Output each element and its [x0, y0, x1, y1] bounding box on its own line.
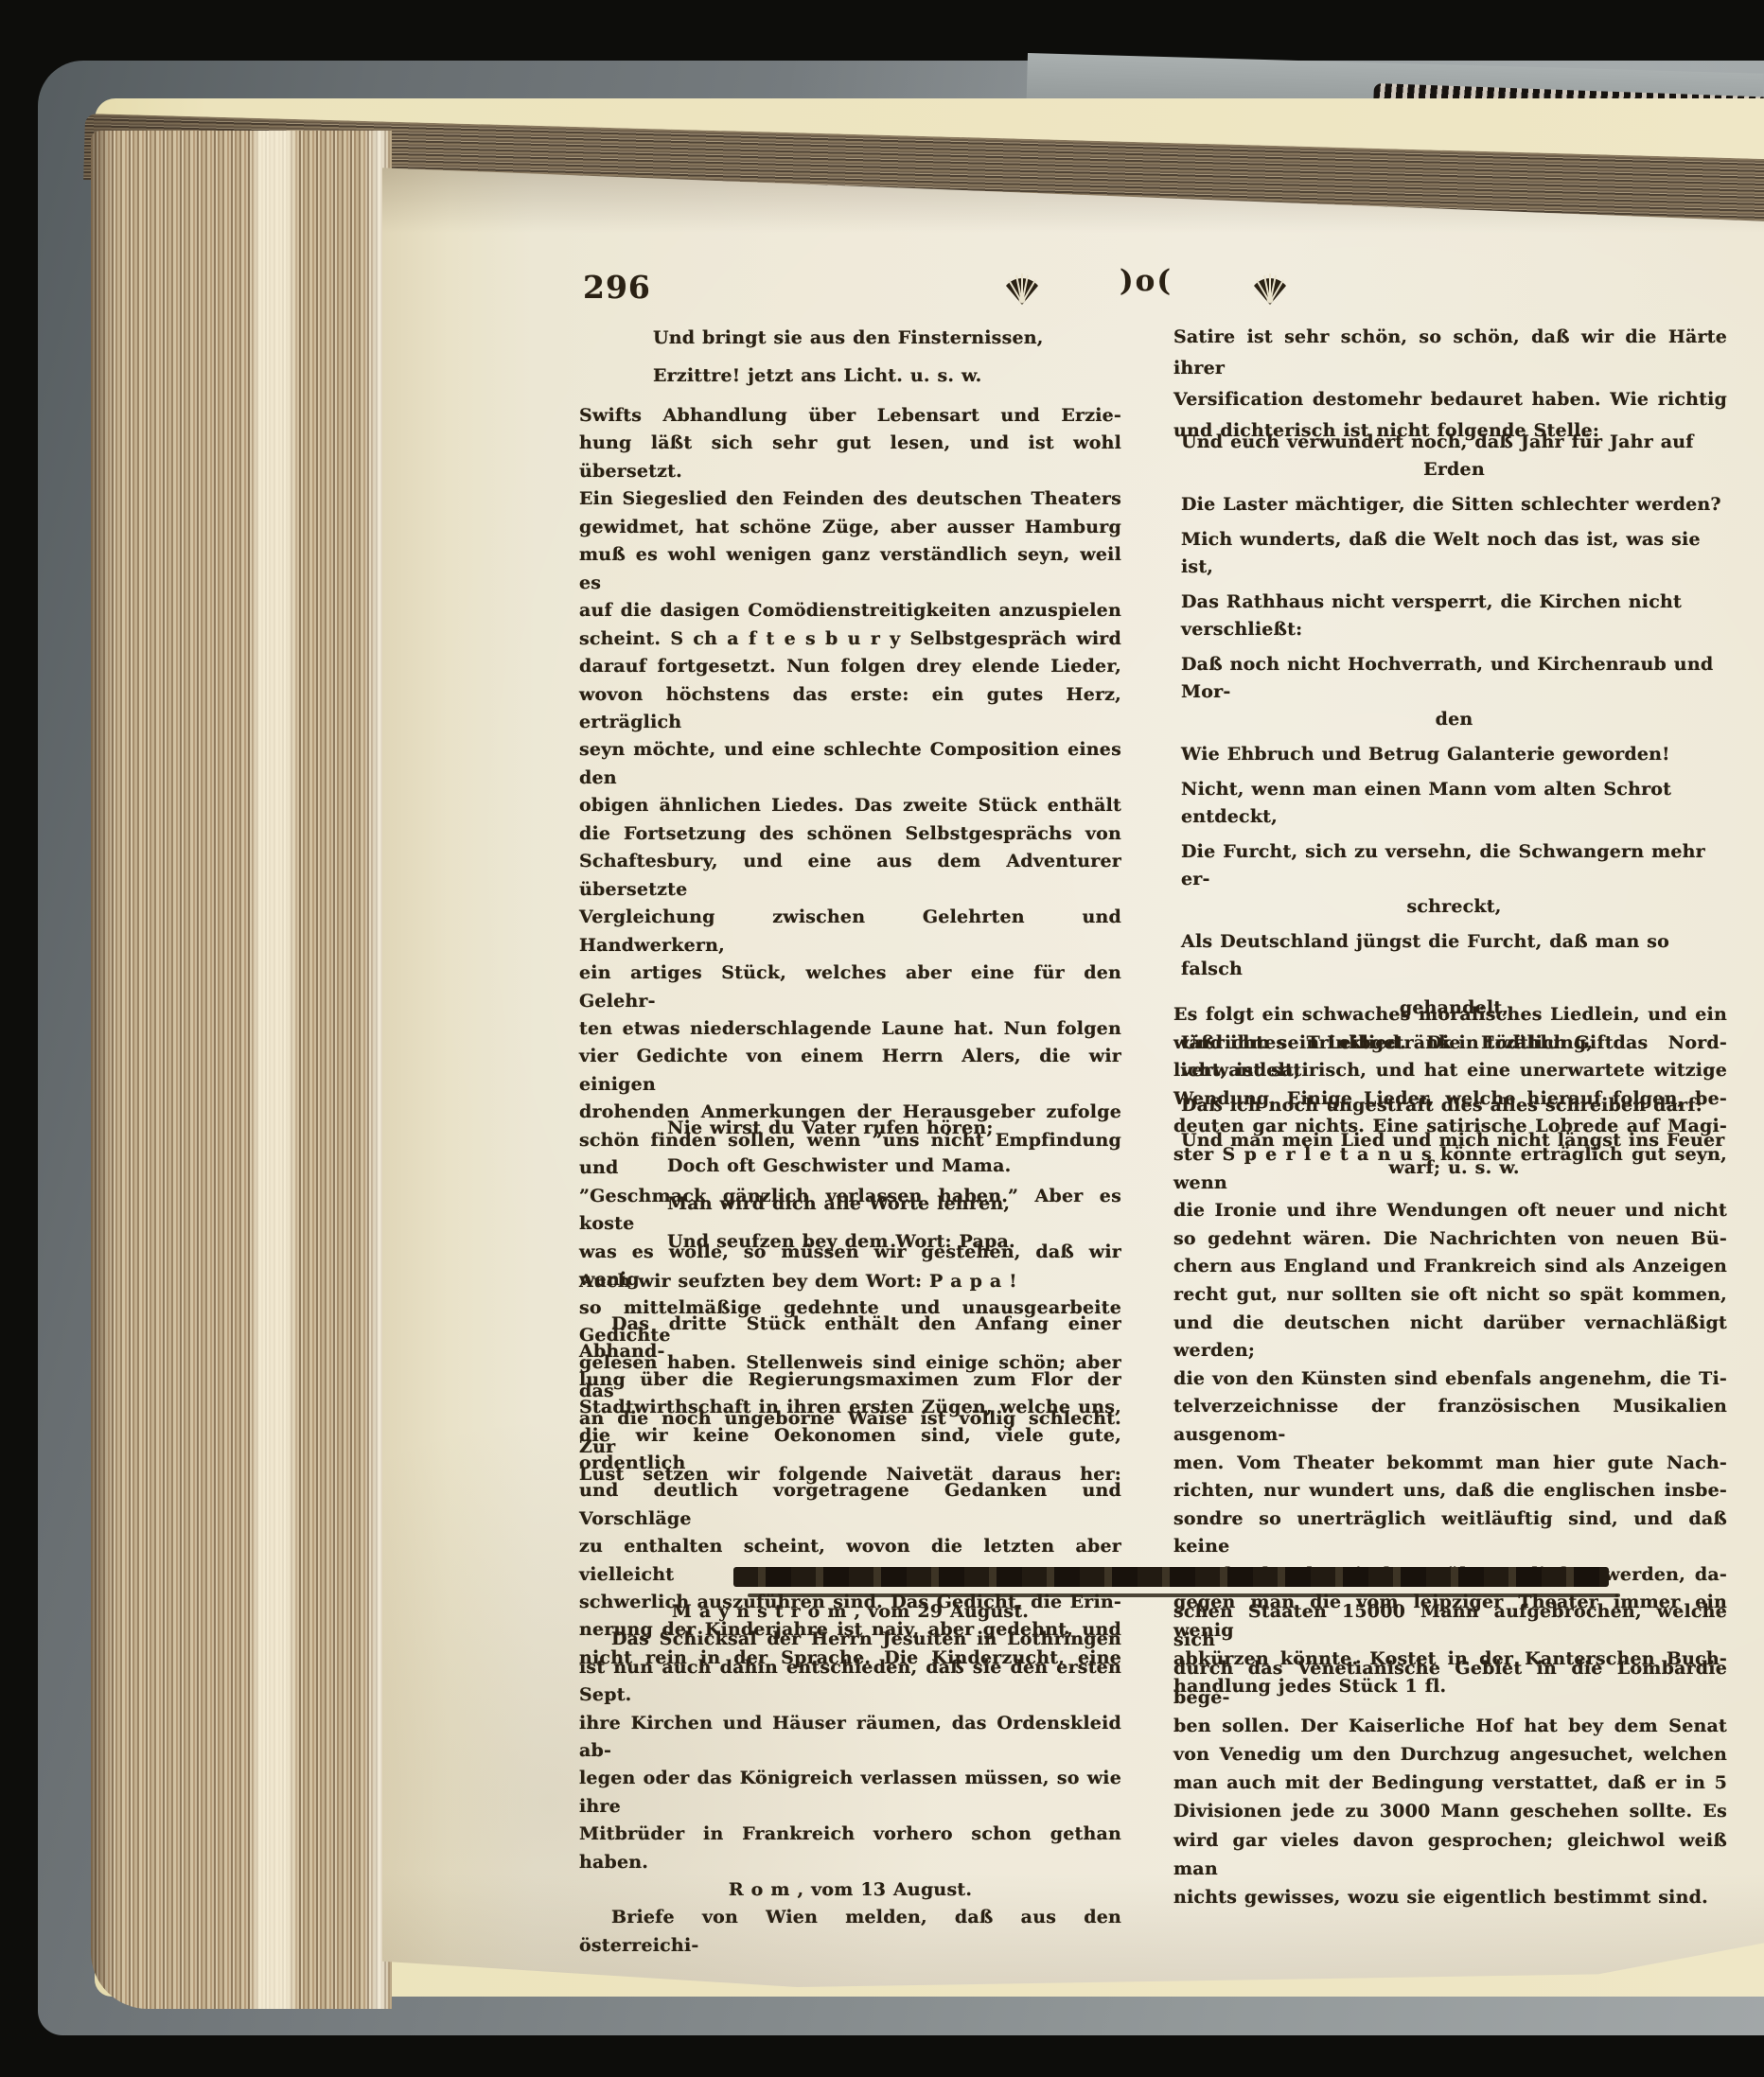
verse-line: Wie Ehbruch und Betrug Galanterie geword…: [1181, 741, 1727, 768]
text-line: die von den Künsten sind ebenfals angene…: [1173, 1365, 1727, 1394]
text-line: Briefe von Wien melden, daß aus den öste…: [579, 1904, 1121, 1960]
header-ornament-separator: )o(: [1120, 264, 1173, 298]
text-line: Erzittre! jetzt ans Licht. u. s. w.: [653, 357, 1098, 395]
text-line: Divisionen jede zu 3000 Mann geschehen s…: [1173, 1797, 1727, 1825]
verse-line: den: [1181, 706, 1727, 733]
text-line: licht, ist satirisch, und hat eine unerw…: [1173, 1057, 1727, 1085]
text-line: schen Staaten 15000 Mann aufgebrochen, w…: [1173, 1597, 1727, 1654]
page-block-fore-edge: [91, 131, 392, 2009]
verse-line: Die Laster mächtiger, die Sitten schlech…: [1181, 491, 1727, 519]
text-line: Schaftesbury, und eine aus dem Adventure…: [579, 848, 1121, 904]
text-line: Ein Siegeslied den Feinden des deutschen…: [579, 485, 1121, 513]
page-number: 296: [583, 269, 651, 306]
text-line: Nie wirst du Vater rufen hören;: [667, 1109, 1112, 1147]
text-line: men. Vom Theater bekommt man hier gute N…: [1173, 1450, 1727, 1478]
verse-line: Nicht, wenn man einen Mann vom alten Sch…: [1181, 776, 1727, 831]
text-line: wird gar vieles davon gesprochen; gleich…: [1173, 1826, 1727, 1883]
verse-line: Daß noch nicht Hochverrath, und Kirchenr…: [1181, 651, 1727, 706]
text-line: obigen ähnlichen Liedes. Das zweite Stüc…: [579, 792, 1121, 819]
text-line: die Fortsetzung des schönen Selbstgesprä…: [579, 820, 1121, 848]
text-line: Stadtwirthschaft in ihren ersten Zügen, …: [579, 1394, 1121, 1421]
text-line: ster S p e r l e t a n u s könnte erträg…: [1173, 1141, 1727, 1197]
text-line: legen oder das Königreich verlassen müss…: [579, 1765, 1121, 1821]
verse-line: Erden: [1181, 456, 1727, 484]
verse-line: Als Deutschland jüngst die Furcht, daß m…: [1181, 928, 1727, 983]
text-line: ten etwas niederschlagende Laune hat. Nu…: [579, 1015, 1121, 1043]
scanned-book-photograph: { "page": { "number": "296", "ornament_s…: [0, 0, 1764, 2077]
text-line: telverzeichnisse der französischen Musik…: [1173, 1393, 1727, 1449]
text-line: vier Gedichte von einem Herrn Alers, die…: [579, 1043, 1121, 1099]
text-line: Swifts Abhandlung über Lebensart und Erz…: [579, 402, 1121, 430]
text-line: die Ironie und ihre Wendungen oft neuer …: [1173, 1197, 1727, 1225]
text-line: ihre Kirchen und Häuser räumen, das Orde…: [579, 1710, 1121, 1766]
text-line: ben sollen. Der Kaiserliche Hof hat bey …: [1173, 1712, 1727, 1740]
quoted-poem: Nie wirst du Vater rufen hören;Doch oft …: [667, 1109, 1112, 1260]
text-line: Doch oft Geschwister und Mama.: [667, 1147, 1112, 1185]
text-line: auf die dasigen Comödienstreitigkeiten a…: [579, 597, 1121, 625]
section-divider-rule: [733, 1567, 1609, 1587]
text-line: von Venedig um den Durchzug angesuchet, …: [1173, 1740, 1727, 1769]
text-line: gewidmet, hat schöne Züge, aber ausser H…: [579, 514, 1121, 541]
text-line: lung über die Regierungsmaximen zum Flor…: [579, 1366, 1121, 1394]
text-line: deuten gar nichts. Eine satirische Lobre…: [1173, 1113, 1727, 1141]
text-line: Es folgt ein schwaches moralisches Liedl…: [1173, 1001, 1727, 1030]
verse-line: Und euch verwundert noch, daß Jahr für J…: [1181, 429, 1727, 456]
text-line: ein artiges Stück, welches aber eine für…: [579, 959, 1121, 1015]
text-line: wovon höchstens das erste: ein gutes Her…: [579, 681, 1121, 737]
text-line: und die deutschen nicht darüber vernachl…: [1173, 1310, 1727, 1365]
opening-verse: Und bringt sie aus den Finsternissen,Erz…: [653, 319, 1098, 395]
poem-closing-line: Auch wir seufzten bey dem Wort: P a p a …: [579, 1262, 1109, 1300]
text-line: recht gut, nur sollten sie oft nicht so …: [1173, 1281, 1727, 1310]
text-line: Vergleichung zwischen Gelehrten und Hand…: [579, 904, 1121, 959]
verse-line: Die Furcht, sich zu versehn, die Schwang…: [1181, 838, 1727, 893]
text-line: sondre so unerträglich weitläuftig sind,…: [1173, 1505, 1727, 1561]
text-line: Wendung. Einige Lieder, welche hierauf f…: [1173, 1085, 1727, 1114]
verse-line: Das Rathhaus nicht versperrt, die Kirche…: [1181, 589, 1727, 643]
text-line: nichts gewisses, wozu sie eigentlich bes…: [1173, 1883, 1727, 1911]
news-column-left: M a y n s t r o m , vom 29 August.Das Sc…: [579, 1598, 1121, 1960]
text-line: Mitbrüder in Frankreich vorhero schon ge…: [579, 1821, 1121, 1876]
text-line: man auch mit der Bedingung verstattet, d…: [1173, 1769, 1727, 1797]
text-line: chern aus England und Frankreich sind al…: [1173, 1253, 1727, 1281]
text-line: Und bringt sie aus den Finsternissen,: [653, 319, 1098, 357]
text-line: Das Schicksal der Herrn Jesuiten in Loth…: [579, 1626, 1121, 1653]
text-line: hung läßt sich sehr gut lesen, und ist w…: [579, 430, 1121, 485]
text-line: wäßrichtes Trinklied. Die Erzählung, das…: [1173, 1030, 1727, 1058]
text-line: Und seufzen bey dem Wort: Papa.: [667, 1223, 1112, 1260]
text-line: durch das Venetianische Gebiet in die Lo…: [1173, 1654, 1727, 1711]
text-line: ist nun auch dahin entschieden, daß sie …: [579, 1654, 1121, 1710]
text-line: Auch wir seufzten bey dem Wort: P a p a …: [579, 1262, 1109, 1300]
text-line: scheint. S ch a f t e s b u r y Selbstge…: [579, 625, 1121, 653]
text-line: Das dritte Stück enthält den Anfang eine…: [579, 1311, 1121, 1366]
text-line: und deutlich vorgetragene Gedanken und V…: [579, 1477, 1121, 1533]
text-line: so gedehnt wären. Die Nachrichten von ne…: [1173, 1225, 1727, 1254]
verse-line: Mich wunderts, daß die Welt noch das ist…: [1181, 526, 1727, 581]
text-line: Versification destomehr bedauret haben. …: [1173, 384, 1727, 415]
text-line: M a y n s t r o m , vom 29 August.: [579, 1598, 1121, 1626]
scallop-shell-icon: [999, 267, 1045, 308]
text-line: die wir keine Oekonomen sind, viele gute…: [579, 1422, 1121, 1478]
text-line: darauf fortgesetzt. Nun folgen drey elen…: [579, 653, 1121, 680]
verse-line: schreckt,: [1181, 893, 1727, 921]
text-line: seyn möchte, und eine schlechte Composit…: [579, 736, 1121, 792]
text-line: Man wird dich alle Worte lehren,: [667, 1185, 1112, 1223]
scallop-shell-icon: [1247, 267, 1293, 308]
text-line: R o m , vom 13 August.: [579, 1876, 1121, 1904]
news-column-right: schen Staaten 15000 Mann aufgebrochen, w…: [1173, 1597, 1727, 1911]
text-line: richten, nur wundert uns, daß die englis…: [1173, 1477, 1727, 1505]
text-line: Satire ist sehr schön, so schön, daß wir…: [1173, 322, 1727, 384]
text-line: muß es wohl wenigen ganz verständlich se…: [579, 541, 1121, 597]
